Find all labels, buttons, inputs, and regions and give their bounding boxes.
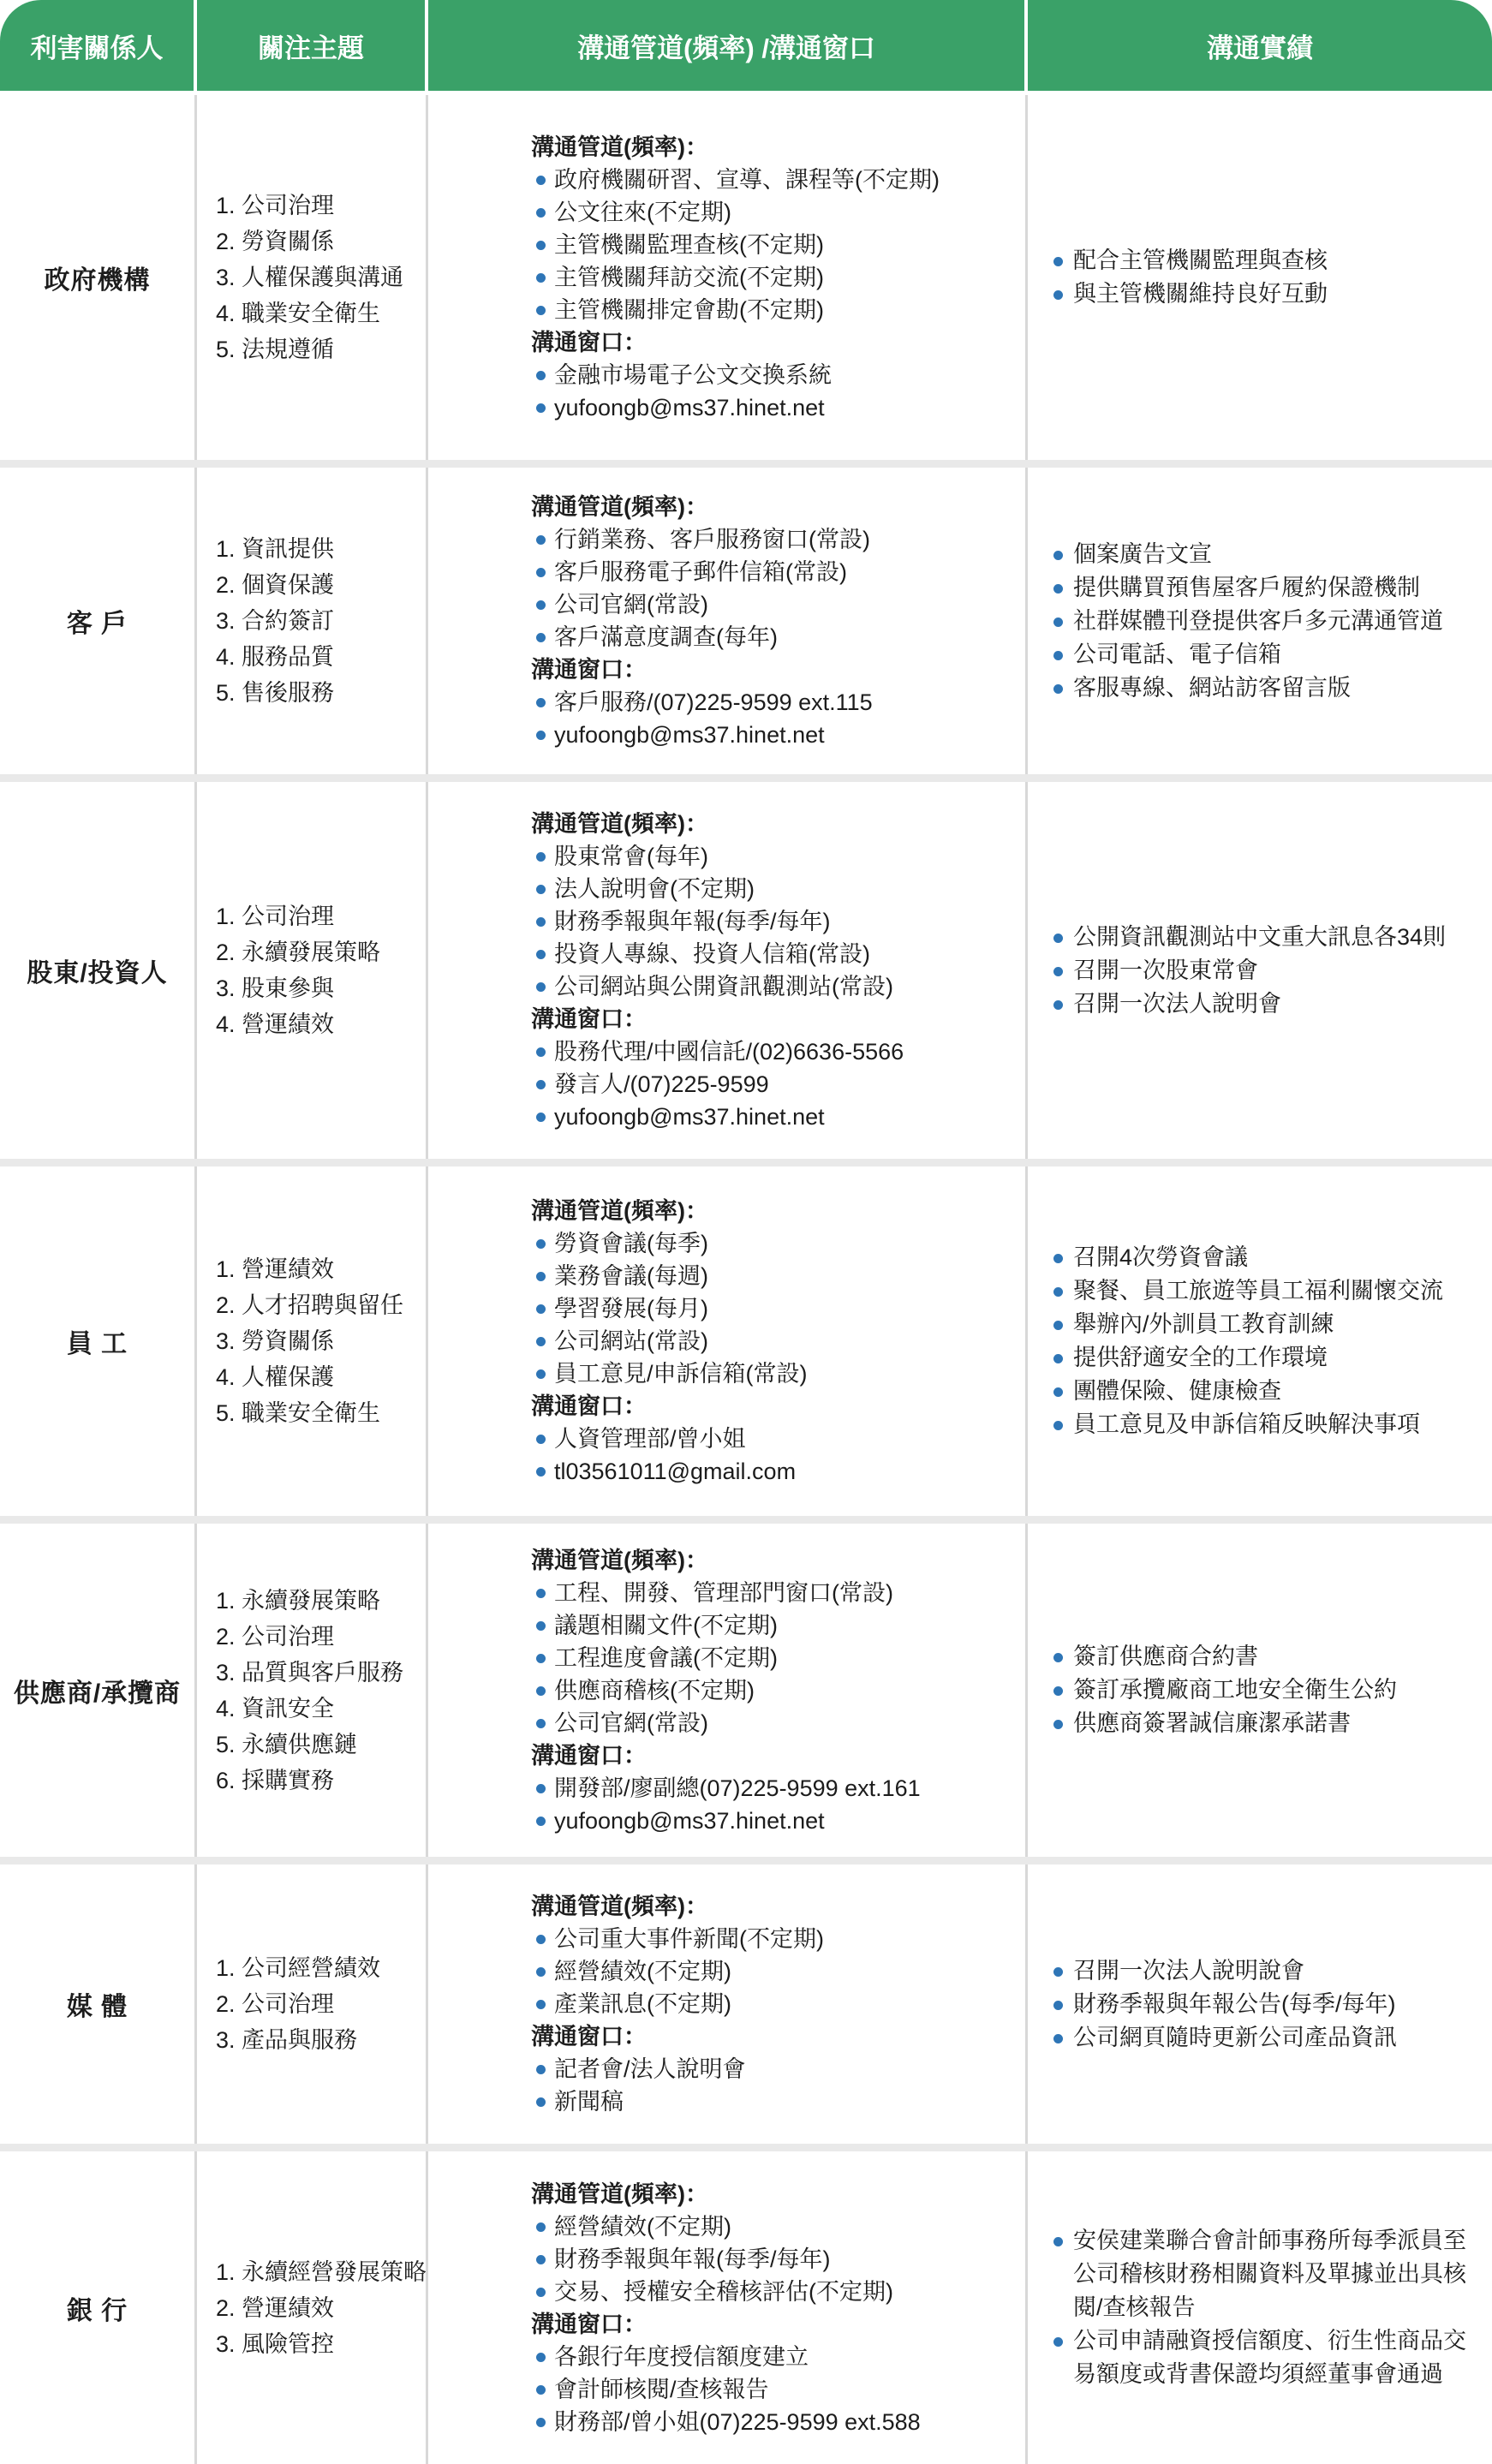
topic-item: 1. 資訊提供: [216, 531, 334, 567]
bullet-item: 提供購買預售屋客戶履約保證機制: [1053, 571, 1480, 605]
bullet-item: 客服專線、網站訪客留言版: [1053, 671, 1480, 705]
achievements-list: 召開4次勞資會議聚餐、員工旅遊等員工福利關懷交流舉辦內/外訓員工教育訓練提供舒適…: [1028, 1236, 1492, 1447]
bullet-dot-icon: [1053, 2337, 1063, 2347]
bullet-text: 公開資訊觀測站中文重大訊息各34則: [1073, 921, 1480, 954]
topic-number: 1.: [216, 1256, 242, 1282]
bullet-text: 公司網站與公開資訊觀測站(常設): [554, 970, 1017, 1003]
bullet-text: 公文往來(不定期): [554, 196, 1017, 229]
bullet-dot-icon: [536, 1047, 546, 1057]
topic-text: 採購實務: [242, 1768, 334, 1793]
topic-number: 5.: [216, 337, 242, 362]
bullet-text: 產業訊息(不定期): [554, 1988, 1017, 2020]
bullet-text: 召開一次法人說明說會: [1073, 1954, 1480, 1988]
channels-label: 溝通管道(頻率)：: [531, 1195, 1017, 1227]
windows-list: 金融市場電子公文交換系統yufoongb@ms37.hinet.net: [531, 359, 1017, 424]
channels-label: 溝通管道(頻率)：: [531, 131, 1017, 164]
bullet-item: 配合主管機關監理與查核: [1053, 244, 1480, 277]
bullet-item: 員工意見及申訴信箱反映解決事項: [1053, 1408, 1480, 1441]
topic-text: 人權保護與溝通: [242, 265, 403, 290]
bullet-text: 主管機關拜訪交流(不定期): [554, 261, 1017, 294]
bullet-dot-icon: [1053, 1254, 1063, 1263]
bullet-text: 發言人/(07)225-9599: [554, 1068, 1017, 1101]
bullet-dot-icon: [536, 2353, 546, 2362]
topic-text: 風險管控: [242, 2331, 334, 2357]
bullet-dot-icon: [536, 600, 546, 610]
topic-number: 2.: [216, 229, 242, 254]
bullet-item: 工程、開發、管理部門窗口(常設): [531, 1577, 1017, 1609]
bullet-dot-icon: [1053, 651, 1063, 660]
channels-cell: 溝通管道(頻率)： 股東常會(每年)法人說明會(不定期)財務季報與年報(每季/每…: [428, 782, 1028, 1159]
bullet-item: 安侯建業聯合會計師事務所每季派員至公司稽核財務相關資料及單據並出具核閱/查核報告: [1053, 2224, 1480, 2324]
bullet-text: 財務季報與年報(每季/每年): [554, 905, 1017, 938]
channels-block: 溝通管道(頻率)： 政府機關研習、宣導、課程等(不定期)公文往來(不定期)主管機…: [428, 126, 1025, 429]
bullet-text: 開發部/廖副總(07)225-9599 ext.161: [554, 1772, 1017, 1805]
stakeholder-cell: 媒 體: [0, 1864, 197, 2144]
bullet-dot-icon: [1053, 1720, 1063, 1729]
bullet-text: 政府機關研習、宣導、課程等(不定期): [554, 164, 1017, 196]
stakeholder-communication-table: 利害關係人 關注主題 溝通管道(頻率) /溝通窗口 溝通實績 政府機構 1. 公…: [0, 0, 1492, 2464]
bullet-dot-icon: [1053, 1421, 1063, 1430]
bullet-item: 公司網站(常設): [531, 1325, 1017, 1357]
bullet-dot-icon: [1053, 1686, 1063, 1696]
bullet-item: 客戶滿意度調查(每年): [531, 621, 1017, 653]
bullet-text: 主管機關排定會勘(不定期): [554, 294, 1017, 326]
achievements-cell: 個案廣告文宣提供購買預售屋客戶履約保證機制社群媒體刊登提供客戶多元溝通管道公司電…: [1028, 468, 1492, 774]
bullet-item: 與主管機關維持良好互動: [1053, 277, 1480, 311]
bullet-dot-icon: [536, 1113, 546, 1122]
bullet-dot-icon: [1053, 2237, 1063, 2246]
bullet-item: 產業訊息(不定期): [531, 1988, 1017, 2020]
channels-block: 溝通管道(頻率)： 經營績效(不定期)財務季報與年報(每季/每年)交易、授權安全…: [428, 2173, 1025, 2443]
channels-block: 溝通管道(頻率)： 勞資會議(每季)業務會議(每週)學習發展(每月)公司網站(常…: [428, 1190, 1025, 1493]
bullet-item: 法人說明會(不定期): [531, 873, 1017, 905]
bullet-text: 提供購買預售屋客戶履約保證機制: [1073, 571, 1480, 605]
topic-item: 3. 合約簽訂: [216, 603, 334, 639]
bullet-text: 財務部/曾小姐(07)225-9599 ext.588: [554, 2406, 1017, 2438]
bullet-dot-icon: [536, 1967, 546, 1977]
bullet-item: yufoongb@ms37.hinet.net: [531, 1805, 1017, 1837]
achievements-list: 簽訂供應商合約書簽訂承攬廠商工地安全衛生公約供應商簽署誠信廉潔承諾書: [1028, 1635, 1492, 1745]
bullet-text: 股東常會(每年): [554, 840, 1017, 873]
topic-text: 永續經營發展策略: [242, 2259, 427, 2285]
channels-block: 溝通管道(頻率)： 公司重大事件新聞(不定期)經營績效(不定期)產業訊息(不定期…: [428, 1885, 1025, 2123]
topic-number: 3.: [216, 265, 242, 290]
bullet-item: 發言人/(07)225-9599: [531, 1068, 1017, 1101]
bullet-item: 社群媒體刊登提供客戶多元溝通管道: [1053, 605, 1480, 638]
bullet-item: 團體保險、健康檢查: [1053, 1375, 1480, 1408]
bullet-item: 人資管理部/曾小姐: [531, 1423, 1017, 1455]
bullet-item: 財務季報與年報(每季/每年): [531, 2243, 1017, 2276]
header-topics: 關注主題: [197, 0, 428, 91]
topic-text: 品質與客戶服務: [242, 1660, 403, 1685]
bullet-dot-icon: [536, 852, 546, 862]
bullet-item: 勞資會議(每季): [531, 1227, 1017, 1260]
bullet-text: 財務季報與年報(每季/每年): [554, 2243, 1017, 2276]
bullet-item: 客戶服務/(07)225-9599 ext.115: [531, 686, 1017, 719]
stakeholder-name: 政府機構: [45, 259, 151, 296]
bullet-text: 金融市場電子公文交換系統: [554, 359, 1017, 391]
windows-label: 溝通窗口：: [531, 653, 1017, 686]
header-channels: 溝通管道(頻率) /溝通窗口: [428, 0, 1028, 91]
bullet-dot-icon: [1053, 967, 1063, 976]
bullet-text: 交易、授權安全稽核評估(不定期): [554, 2276, 1017, 2308]
topic-number: 3.: [216, 2331, 242, 2357]
table-row: 銀 行 1. 永續經營發展策略2. 營運績效3. 風險管控 溝通管道(頻率)： …: [0, 2151, 1492, 2464]
stakeholder-name: 客 戶: [67, 602, 128, 640]
topic-item: 2. 營運績效: [216, 2290, 427, 2326]
topic-number: 3.: [216, 1660, 242, 1685]
channels-list: 經營績效(不定期)財務季報與年報(每季/每年)交易、授權安全稽核評估(不定期): [531, 2210, 1017, 2308]
bullet-item: 股東常會(每年): [531, 840, 1017, 873]
channels-label: 溝通管道(頻率)：: [531, 2178, 1017, 2210]
stakeholder-name: 供應商/承攬商: [14, 1672, 181, 1709]
topic-item: 4. 營運績效: [216, 1006, 380, 1042]
bullet-item: yufoongb@ms37.hinet.net: [531, 391, 1017, 424]
windows-label: 溝通窗口：: [531, 2308, 1017, 2341]
topic-text: 勞資關係: [242, 1328, 334, 1354]
topic-text: 永續發展策略: [242, 940, 380, 965]
channels-cell: 溝通管道(頻率)： 勞資會議(每季)業務會議(每週)學習發展(每月)公司網站(常…: [428, 1166, 1028, 1516]
bullet-text: 簽訂供應商合約書: [1073, 1640, 1480, 1673]
bullet-item: 聚餐、員工旅遊等員工福利關懷交流: [1053, 1274, 1480, 1308]
topic-text: 公司治理: [242, 1991, 334, 2017]
topic-item: 1. 永續經營發展策略: [216, 2254, 427, 2290]
bullet-dot-icon: [536, 1304, 546, 1314]
stakeholder-cell: 客 戶: [0, 468, 197, 774]
bullet-dot-icon: [536, 2065, 546, 2074]
bullet-dot-icon: [536, 1467, 546, 1477]
table-body: 政府機構 1. 公司治理2. 勞資關係3. 人權保護與溝通4. 職業安全衛生5.…: [0, 95, 1492, 2464]
bullet-text: 與主管機關維持良好互動: [1073, 277, 1480, 311]
bullet-dot-icon: [536, 1817, 546, 1826]
windows-list: 客戶服務/(07)225-9599 ext.115yufoongb@ms37.h…: [531, 686, 1017, 751]
bullet-text: 會計師核閱/查核報告: [554, 2373, 1017, 2406]
bullet-dot-icon: [536, 1654, 546, 1663]
bullet-dot-icon: [536, 2255, 546, 2264]
bullet-dot-icon: [536, 1784, 546, 1793]
topic-item: 6. 採購實務: [216, 1763, 403, 1799]
topic-text: 職業安全衛生: [242, 301, 380, 326]
bullet-item: 主管機關監理查核(不定期): [531, 229, 1017, 261]
topic-text: 公司經營績效: [242, 1955, 380, 1981]
channels-list: 政府機關研習、宣導、課程等(不定期)公文往來(不定期)主管機關監理查核(不定期)…: [531, 164, 1017, 326]
topic-number: 1.: [216, 193, 242, 218]
bullet-item: 議題相關文件(不定期): [531, 1609, 1017, 1642]
bullet-item: 簽訂供應商合約書: [1053, 1640, 1480, 1673]
topic-number: 1.: [216, 2259, 242, 2285]
bullet-item: 投資人專線、投資人信箱(常設): [531, 938, 1017, 970]
topic-item: 3. 風險管控: [216, 2326, 427, 2362]
bullet-item: 公開資訊觀測站中文重大訊息各34則: [1053, 921, 1480, 954]
bullet-dot-icon: [536, 403, 546, 413]
stakeholder-cell: 員 工: [0, 1166, 197, 1516]
stakeholder-cell: 銀 行: [0, 2151, 197, 2464]
topic-item: 4. 資訊安全: [216, 1691, 403, 1727]
bullet-dot-icon: [536, 1337, 546, 1346]
bullet-item: yufoongb@ms37.hinet.net: [531, 719, 1017, 751]
bullet-text: tl03561011@gmail.com: [554, 1455, 1017, 1488]
bullet-item: 客戶服務電子郵件信箱(常設): [531, 556, 1017, 588]
bullet-dot-icon: [1053, 1354, 1063, 1363]
topic-text: 產品與服務: [242, 2027, 357, 2053]
table-row: 員 工 1. 營運績效2. 人才招聘與留任3. 勞資關係4. 人權保護5. 職業…: [0, 1166, 1492, 1524]
bullet-dot-icon: [536, 1935, 546, 1944]
bullet-text: 各銀行年度授信額度建立: [554, 2341, 1017, 2373]
topic-item: 2. 永續發展策略: [216, 934, 380, 970]
bullet-dot-icon: [536, 241, 546, 250]
bullet-text: 行銷業務、客戶服務窗口(常設): [554, 523, 1017, 556]
topic-text: 法規遵循: [242, 337, 334, 362]
stakeholder-cell: 股東/投資人: [0, 782, 197, 1159]
bullet-dot-icon: [536, 371, 546, 380]
topic-item: 2. 勞資關係: [216, 224, 403, 260]
bullet-item: 簽訂承攬廠商工地安全衛生公約: [1053, 1673, 1480, 1707]
bullet-item: 供應商簽署誠信廉潔承諾書: [1053, 1707, 1480, 1740]
table-row: 媒 體 1. 公司經營績效2. 公司治理3. 產品與服務 溝通管道(頻率)： 公…: [0, 1864, 1492, 2151]
bullet-item: 召開4次勞資會議: [1053, 1241, 1480, 1274]
bullet-text: 新聞稿: [554, 2085, 1017, 2118]
achievements-list: 安侯建業聯合會計師事務所每季派員至公司稽核財務相關資料及單據並出具核閱/查核報告…: [1028, 2219, 1492, 2396]
bullet-text: 客戶滿意度調查(每年): [554, 621, 1017, 653]
bullet-text: 客戶服務電子郵件信箱(常設): [554, 556, 1017, 588]
topic-number: 2.: [216, 1624, 242, 1650]
bullet-text: 公司網站(常設): [554, 1325, 1017, 1357]
topic-text: 營運績效: [242, 2295, 334, 2321]
windows-list: 記者會/法人說明會新聞稿: [531, 2053, 1017, 2118]
bullet-dot-icon: [1053, 1653, 1063, 1662]
topic-item: 3. 股東參與: [216, 970, 380, 1006]
topic-number: 1.: [216, 904, 242, 929]
table-row: 供應商/承攬商 1. 永續發展策略2. 公司治理3. 品質與客戶服務4. 資訊安…: [0, 1524, 1492, 1864]
topic-item: 3. 產品與服務: [216, 2022, 380, 2058]
bullet-text: 公司官網(常設): [554, 1707, 1017, 1739]
table-row: 股東/投資人 1. 公司治理2. 永續發展策略3. 股東參與4. 營運績效 溝通…: [0, 782, 1492, 1166]
bullet-dot-icon: [536, 1589, 546, 1598]
bullet-dot-icon: [536, 1719, 546, 1728]
achievements-list: 個案廣告文宣提供購買預售屋客戶履約保證機制社群媒體刊登提供客戶多元溝通管道公司電…: [1028, 533, 1492, 710]
bullet-item: 公司網頁隨時更新公司產品資訊: [1053, 2021, 1480, 2055]
bullet-text: 公司申請融資授信額度、衍生性商品交易額度或背書保證均須經董事會通過: [1073, 2324, 1480, 2391]
bullet-item: 員工意見/申訴信箱(常設): [531, 1357, 1017, 1390]
bullet-item: 個案廣告文宣: [1053, 538, 1480, 571]
table-row: 政府機構 1. 公司治理2. 勞資關係3. 人權保護與溝通4. 職業安全衛生5.…: [0, 95, 1492, 468]
channels-cell: 溝通管道(頻率)： 行銷業務、客戶服務窗口(常設)客戶服務電子郵件信箱(常設)公…: [428, 468, 1028, 774]
bullet-text: 客服專線、網站訪客留言版: [1073, 671, 1480, 705]
bullet-item: 交易、授權安全稽核評估(不定期): [531, 2276, 1017, 2308]
bullet-text: yufoongb@ms37.hinet.net: [554, 719, 1017, 751]
channels-cell: 溝通管道(頻率)： 政府機關研習、宣導、課程等(不定期)公文往來(不定期)主管機…: [428, 95, 1028, 460]
bullet-text: 投資人專線、投資人信箱(常設): [554, 938, 1017, 970]
bullet-text: 工程、開發、管理部門窗口(常設): [554, 1577, 1017, 1609]
bullet-dot-icon: [536, 2222, 546, 2232]
bullet-text: 簽訂承攬廠商工地安全衛生公約: [1073, 1673, 1480, 1707]
topic-number: 2.: [216, 1292, 242, 1318]
bullet-item: 經營績效(不定期): [531, 2210, 1017, 2243]
bullet-text: 召開4次勞資會議: [1073, 1241, 1480, 1274]
windows-list: 股務代理/中國信託/(02)6636-5566發言人/(07)225-9599y…: [531, 1035, 1017, 1133]
topic-number: 3.: [216, 2027, 242, 2053]
bullet-dot-icon: [1053, 2001, 1063, 2010]
bullet-dot-icon: [536, 731, 546, 740]
bullet-item: 提供舒適安全的工作環境: [1053, 1341, 1480, 1375]
bullet-text: 公司電話、電子信箱: [1073, 638, 1480, 671]
topic-number: 2.: [216, 1991, 242, 2017]
topics-cell: 1. 永續發展策略2. 公司治理3. 品質與客戶服務4. 資訊安全5. 永續供應…: [197, 1524, 428, 1857]
bullet-item: 主管機關拜訪交流(不定期): [531, 261, 1017, 294]
channels-label: 溝通管道(頻率)：: [531, 1890, 1017, 1923]
bullet-item: 開發部/廖副總(07)225-9599 ext.161: [531, 1772, 1017, 1805]
achievements-cell: 簽訂供應商合約書簽訂承攬廠商工地安全衛生公約供應商簽署誠信廉潔承諾書: [1028, 1524, 1492, 1857]
topic-item: 1. 公司治理: [216, 898, 380, 934]
topic-item: 5. 永續供應鏈: [216, 1727, 403, 1763]
bullet-text: 公司網頁隨時更新公司產品資訊: [1073, 2021, 1480, 2055]
topic-number: 3.: [216, 608, 242, 634]
achievements-cell: 安侯建業聯合會計師事務所每季派員至公司稽核財務相關資料及單據並出具核閱/查核報告…: [1028, 2151, 1492, 2464]
bullet-dot-icon: [1053, 2034, 1063, 2043]
topics-list: 1. 資訊提供2. 個資保護3. 合約簽訂4. 服務品質5. 售後服務: [197, 531, 341, 711]
topics-cell: 1. 公司經營績效2. 公司治理3. 產品與服務: [197, 1864, 428, 2144]
bullet-item: 財務季報與年報公告(每季/每年): [1053, 1988, 1480, 2021]
bullet-text: 經營績效(不定期): [554, 2210, 1017, 2243]
topic-item: 1. 營運績效: [216, 1251, 403, 1287]
topics-list: 1. 公司治理2. 勞資關係3. 人權保護與溝通4. 職業安全衛生5. 法規遵循: [197, 188, 410, 367]
stakeholder-name: 媒 體: [67, 1985, 128, 2023]
achievements-list: 召開一次法人說明說會財務季報與年報公告(每季/每年)公司網頁隨時更新公司產品資訊: [1028, 1949, 1492, 2060]
topic-text: 人權保護: [242, 1364, 334, 1390]
topic-item: 3. 人權保護與溝通: [216, 260, 403, 295]
topic-text: 永續發展策略: [242, 1588, 380, 1614]
channels-block: 溝通管道(頻率)： 行銷業務、客戶服務窗口(常設)客戶服務電子郵件信箱(常設)公…: [428, 486, 1025, 756]
channels-list: 工程、開發、管理部門窗口(常設)議題相關文件(不定期)工程進度會議(不定期)供應…: [531, 1577, 1017, 1739]
bullet-item: 業務會議(每週): [531, 1260, 1017, 1292]
topics-cell: 1. 公司治理2. 永續發展策略3. 股東參與4. 營運績效: [197, 782, 428, 1159]
topic-text: 公司治理: [242, 1624, 334, 1650]
topic-item: 5. 法規遵循: [216, 331, 403, 367]
bullet-dot-icon: [536, 1686, 546, 1696]
bullet-dot-icon: [1053, 551, 1063, 560]
topic-text: 職業安全衛生: [242, 1400, 380, 1426]
bullet-dot-icon: [536, 1239, 546, 1249]
bullet-dot-icon: [536, 633, 546, 642]
topic-item: 2. 人才招聘與留任: [216, 1287, 403, 1323]
channels-cell: 溝通管道(頻率)： 公司重大事件新聞(不定期)經營績效(不定期)產業訊息(不定期…: [428, 1864, 1028, 2144]
topic-number: 4.: [216, 1696, 242, 1721]
topics-list: 1. 營運績效2. 人才招聘與留任3. 勞資關係4. 人權保護5. 職業安全衛生: [197, 1251, 410, 1431]
channels-block: 溝通管道(頻率)： 股東常會(每年)法人說明會(不定期)財務季報與年報(每季/每…: [428, 802, 1025, 1138]
bullet-text: 供應商簽署誠信廉潔承諾書: [1073, 1707, 1480, 1740]
bullet-text: 學習發展(每月): [554, 1292, 1017, 1325]
table-row: 客 戶 1. 資訊提供2. 個資保護3. 合約簽訂4. 服務品質5. 售後服務 …: [0, 468, 1492, 782]
topic-text: 營運績效: [242, 1256, 334, 1282]
topic-item: 4. 服務品質: [216, 639, 334, 675]
bullet-item: 舉辦內/外訓員工教育訓練: [1053, 1308, 1480, 1341]
topic-number: 5.: [216, 680, 242, 706]
bullet-dot-icon: [536, 982, 546, 992]
stakeholder-name: 股東/投資人: [27, 952, 167, 989]
table-header-row: 利害關係人 關注主題 溝通管道(頻率) /溝通窗口 溝通實績: [0, 0, 1492, 91]
topic-text: 資訊提供: [242, 536, 334, 562]
bullet-dot-icon: [536, 2000, 546, 2009]
bullet-text: 記者會/法人說明會: [554, 2053, 1017, 2085]
channels-list: 行銷業務、客戶服務窗口(常設)客戶服務電子郵件信箱(常設)公司官網(常設)客戶滿…: [531, 523, 1017, 653]
topic-item: 2. 個資保護: [216, 567, 334, 603]
topic-text: 服務品質: [242, 644, 334, 670]
bullet-text: 議題相關文件(不定期): [554, 1609, 1017, 1642]
topic-number: 4.: [216, 1364, 242, 1390]
bullet-text: 工程進度會議(不定期): [554, 1642, 1017, 1674]
topic-item: 4. 職業安全衛生: [216, 295, 403, 331]
topic-number: 3.: [216, 975, 242, 1001]
bullet-item: 工程進度會議(不定期): [531, 1642, 1017, 1674]
bullet-item: 財務部/曾小姐(07)225-9599 ext.588: [531, 2406, 1017, 2438]
bullet-dot-icon: [1053, 1387, 1063, 1397]
bullet-dot-icon: [536, 698, 546, 707]
topic-text: 永續供應鏈: [242, 1732, 357, 1757]
bullet-dot-icon: [536, 2418, 546, 2427]
bullet-text: 供應商稽核(不定期): [554, 1674, 1017, 1707]
topic-number: 3.: [216, 1328, 242, 1354]
achievements-cell: 配合主管機關監理與查核與主管機關維持良好互動: [1028, 95, 1492, 460]
bullet-dot-icon: [536, 306, 546, 315]
topic-number: 1.: [216, 1588, 242, 1614]
topic-number: 4.: [216, 644, 242, 670]
bullet-text: 股務代理/中國信託/(02)6636-5566: [554, 1035, 1017, 1068]
bullet-text: 公司官網(常設): [554, 588, 1017, 621]
bullet-dot-icon: [1053, 684, 1063, 694]
topics-cell: 1. 永續經營發展策略2. 營運績效3. 風險管控: [197, 2151, 428, 2464]
bullet-item: 主管機關排定會勘(不定期): [531, 294, 1017, 326]
bullet-text: 個案廣告文宣: [1073, 538, 1480, 571]
topic-text: 合約簽訂: [242, 608, 334, 634]
topics-list: 1. 公司治理2. 永續發展策略3. 股東參與4. 營運績效: [197, 898, 387, 1042]
windows-list: 各銀行年度授信額度建立會計師核閱/查核報告財務部/曾小姐(07)225-9599…: [531, 2341, 1017, 2438]
windows-label: 溝通窗口：: [531, 1003, 1017, 1035]
bullet-text: 法人說明會(不定期): [554, 873, 1017, 905]
bullet-dot-icon: [1053, 290, 1063, 300]
topics-list: 1. 永續經營發展策略2. 營運績效3. 風險管控: [197, 2254, 428, 2362]
bullet-dot-icon: [1053, 584, 1063, 594]
topics-list: 1. 永續發展策略2. 公司治理3. 品質與客戶服務4. 資訊安全5. 永續供應…: [197, 1583, 410, 1799]
bullet-dot-icon: [1053, 1967, 1063, 1977]
bullet-dot-icon: [536, 176, 546, 185]
bullet-item: 公司官網(常設): [531, 1707, 1017, 1739]
channels-block: 溝通管道(頻率)： 工程、開發、管理部門窗口(常設)議題相關文件(不定期)工程進…: [428, 1539, 1025, 1842]
bullet-text: yufoongb@ms37.hinet.net: [554, 391, 1017, 424]
header-achievements: 溝通實績: [1028, 0, 1492, 91]
topic-text: 資訊安全: [242, 1696, 334, 1721]
bullet-dot-icon: [536, 1621, 546, 1631]
bullet-dot-icon: [1053, 934, 1063, 943]
stakeholder-cell: 政府機構: [0, 95, 197, 460]
bullet-text: 舉辦內/外訓員工教育訓練: [1073, 1308, 1480, 1341]
stakeholder-name: 員 工: [67, 1322, 128, 1360]
topic-text: 營運績效: [242, 1011, 334, 1037]
topic-item: 3. 品質與客戶服務: [216, 1655, 403, 1691]
bullet-text: 員工意見/申訴信箱(常設): [554, 1357, 1017, 1390]
bullet-item: 經營績效(不定期): [531, 1955, 1017, 1988]
bullet-item: 公文往來(不定期): [531, 196, 1017, 229]
topics-list: 1. 公司經營績效2. 公司治理3. 產品與服務: [197, 1950, 387, 2058]
bullet-dot-icon: [536, 273, 546, 283]
channels-cell: 溝通管道(頻率)： 經營績效(不定期)財務季報與年報(每季/每年)交易、授權安全…: [428, 2151, 1028, 2464]
bullet-dot-icon: [1053, 257, 1063, 266]
topic-item: 3. 勞資關係: [216, 1323, 403, 1359]
achievements-cell: 公開資訊觀測站中文重大訊息各34則召開一次股東常會召開一次法人說明會: [1028, 782, 1492, 1159]
bullet-text: 經營績效(不定期): [554, 1955, 1017, 1988]
bullet-item: 政府機關研習、宣導、課程等(不定期): [531, 164, 1017, 196]
bullet-text: 社群媒體刊登提供客戶多元溝通管道: [1073, 605, 1480, 638]
bullet-dot-icon: [536, 917, 546, 927]
